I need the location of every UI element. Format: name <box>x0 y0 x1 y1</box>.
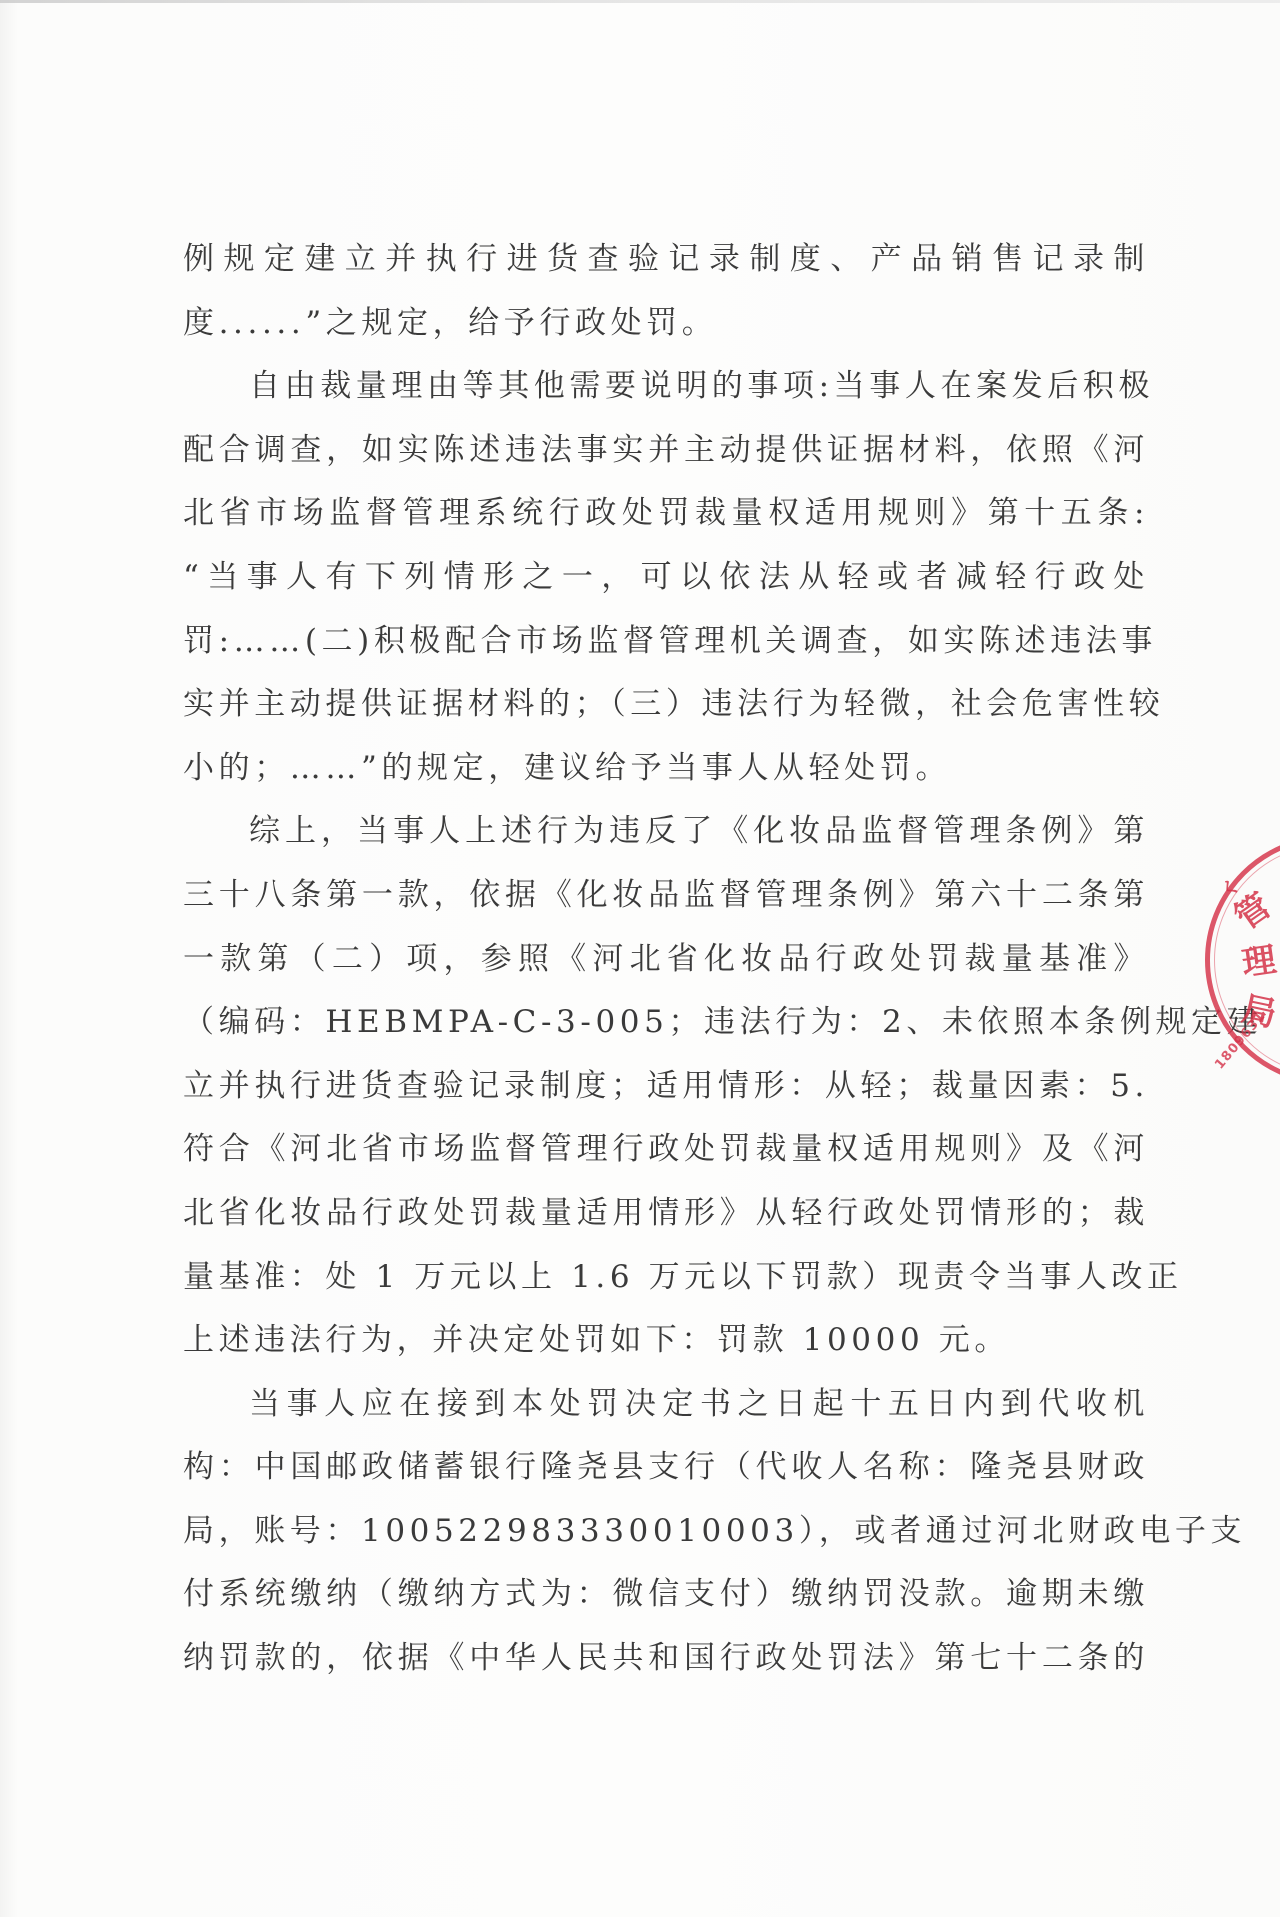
document-page: 例规定建立并执行进货查验记录制度、产品销售记录制 度......”之规定，给予行… <box>0 0 1280 1917</box>
text-line: 量基准：处 1 万元以上 1.6 万元以下罚款）现责令当事人改正 <box>183 1246 1149 1310</box>
text-line: 罚:……(二)积极配合市场监督管理机关调查，如实陈述违法事 <box>183 610 1149 674</box>
paragraph-discretion-reason: 自由裁量理由等其他需要说明的事项:当事人在案发后积极 配合调查，如实陈述违法事实… <box>183 355 1149 800</box>
paragraph-payment-instructions: 当事人应在接到本处罚决定书之日起十五日内到代收机 构：中国邮政储蓄银行隆尧县支行… <box>183 1373 1149 1691</box>
text-line: （编码：HEBMPA-C-3-005；违法行为：2、未依照本条例规定建 <box>183 991 1149 1055</box>
seal-char: 理 <box>1240 943 1278 981</box>
text-line: 立并执行进货查验记录制度；适用情形：从轻；裁量因素：5. <box>183 1055 1149 1119</box>
text-line: 实并主动提供证据材料的；（三）违法行为轻微，社会危害性较 <box>183 673 1149 737</box>
text-line: 上述违法行为，并决定处罚如下：罚款 10000 元。 <box>183 1309 1149 1373</box>
text-line: 三十八条第一款，依据《化妆品监督管理条例》第六十二条第 <box>183 864 1149 928</box>
text-line: 一款第（二）项，参照《河北省化妆品行政处罚裁量基准》 <box>183 928 1149 992</box>
text-line: 北省化妆品行政处罚裁量适用情形》从轻行政处罚情形的；裁 <box>183 1182 1149 1246</box>
text-line: 例规定建立并执行进货查验记录制度、产品销售记录制 <box>183 228 1149 292</box>
text-line: 符合《河北省市场监督管理行政处罚裁量权适用规则》及《河 <box>183 1118 1149 1182</box>
text-line: 当事人应在接到本处罚决定书之日起十五日内到代收机 <box>183 1373 1149 1437</box>
text-line: “当事人有下列情形之一，可以依法从轻或者减轻行政处 <box>183 546 1149 610</box>
text-line: 自由裁量理由等其他需要说明的事项:当事人在案发后积极 <box>183 355 1149 419</box>
text-line: 综上，当事人上述行为违反了《化妆品监督管理条例》第 <box>183 800 1149 864</box>
paragraph-regulation-continuation: 例规定建立并执行进货查验记录制度、产品销售记录制 度......”之规定，给予行… <box>183 228 1149 355</box>
text-line: 小的；……”的规定，建议给予当事人从轻处罚。 <box>183 737 1149 801</box>
text-line: 纳罚款的，依据《中华人民共和国行政处罚法》第七十二条的 <box>183 1627 1149 1691</box>
paragraph-penalty-decision: 综上，当事人上述行为违反了《化妆品监督管理条例》第 三十八条第一款，依据《化妆品… <box>183 800 1149 1372</box>
text-line: 北省市场监督管理系统行政处罚裁量权适用规则》第十五条: <box>183 482 1149 546</box>
text-line: 付系统缴纳（缴纳方式为：微信支付）缴纳罚没款。逾期未缴 <box>183 1563 1149 1627</box>
text-line: 局，账号：100522983330010003），或者通过河北财政电子支 <box>183 1500 1149 1564</box>
text-line: 配合调查，如实陈述违法事实并主动提供证据材料，依照《河 <box>183 419 1149 483</box>
page-top-edge <box>0 0 1280 3</box>
document-body: 例规定建立并执行进货查验记录制度、产品销售记录制 度......”之规定，给予行… <box>183 228 1149 1691</box>
text-line: 度......”之规定，给予行政处罚。 <box>183 292 1149 356</box>
text-line: 构：中国邮政储蓄银行隆尧县支行（代收人名称：隆尧县财政 <box>183 1436 1149 1500</box>
